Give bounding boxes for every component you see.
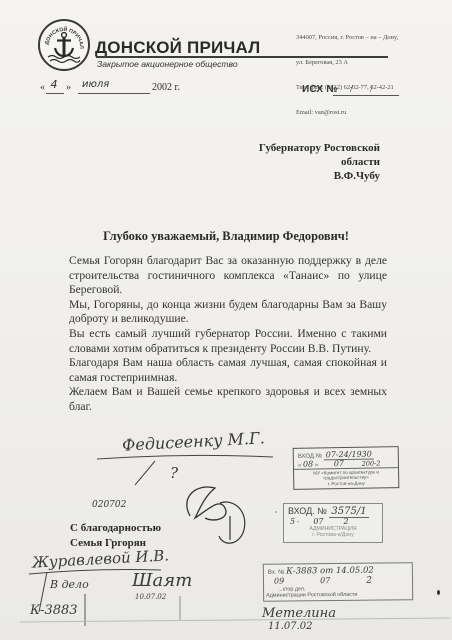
stamp-day: 08 (303, 460, 313, 469)
scan-speck (275, 511, 277, 513)
body-paragraph: Благодаря Вам наша область самая лучшая,… (69, 356, 387, 385)
letter-body: Семья Гогорян благодарит Вас за оказанну… (69, 254, 387, 415)
stamp-year: 200-2 (362, 459, 381, 467)
date-year: 2002 г. (152, 82, 180, 93)
stamp-month: 07 (320, 576, 330, 585)
month-underline (78, 93, 150, 94)
day-underline (46, 93, 64, 94)
addressee-title: Губернатору Ростовской области (226, 141, 380, 169)
date-day: 4 (44, 78, 64, 91)
date-close-quote: » (66, 82, 71, 93)
date-month: июля (82, 79, 109, 90)
anchor-icon: ДОНСКОЙ ПРИЧАЛ (40, 21, 88, 69)
stamp-month: 07 (313, 517, 323, 526)
body-paragraph: Вы есть самый лучший губернатор России. … (69, 327, 387, 356)
ref-slash: / (370, 84, 373, 95)
outgoing-number-line (333, 95, 399, 96)
stamp-org-line: Администрации Ростовской области (266, 592, 412, 600)
ref-slash: / (350, 84, 353, 95)
stamp-label: Вх. № (268, 570, 285, 576)
stamp-day: 5 (290, 517, 295, 526)
incoming-stamp-city-administration: ВХОД. № 3575/1 5 - 07 2 АДМИНИСТРАЦИЯ г.… (283, 503, 383, 543)
signature-scribble (175, 478, 255, 548)
outgoing-number-label: ИСХ № (302, 84, 338, 95)
incoming-stamp-architecture: ВХОД.№ 07-24/1930 « 08 » 07 200-2 МУ «Ко… (293, 446, 400, 490)
company-type: Закрытое акционерное общество (97, 59, 238, 69)
scan-speck (437, 590, 440, 595)
handwritten-executor-date: 11.07.02 (268, 621, 313, 632)
scanned-letter-page: ДОНСКОЙ ПРИЧАЛ ДОНСКОЙ ПРИЧАЛ Закрытое а… (0, 0, 452, 640)
company-logo: ДОНСКОЙ ПРИЧАЛ (38, 19, 90, 71)
addressee-name: В.Ф.Чубу (226, 169, 380, 183)
address-line: ул. Береговая, 23 А (296, 59, 398, 67)
incoming-stamp-regional-administration: Вх. № К-3883 от 14.05.02 09 07 2 ...ктор… (263, 562, 413, 602)
company-name: ДОНСКОЙ ПРИЧАЛ (95, 38, 260, 58)
handwritten-resolution: Федисеенку М.Г. (122, 428, 266, 454)
body-paragraph: Семья Гогорян благодарит Вас за оказанну… (69, 254, 387, 298)
address-line: 344007, Россия, г. Ростов – на – Дону, (296, 34, 398, 42)
stamp-day: 09 (274, 577, 284, 586)
stamp-org-line: г. Ростова-н/Дону (284, 532, 382, 538)
addressee-block: Губернатору Ростовской области В.Ф.Чубу (226, 141, 380, 183)
greeting: Глубоко уважаемый, Владимир Федорович! (0, 229, 452, 244)
handwritten-signature: Шаяm (132, 570, 192, 591)
body-paragraph: Мы, Гогоряны, до конца жизни будем благо… (69, 298, 387, 327)
company-address: 344007, Россия, г. Ростов – на – Дону, у… (296, 17, 398, 135)
stamp-month: 07 (334, 459, 344, 468)
handwritten-executor: Метелина (262, 606, 336, 621)
handwritten-date-note: 020702 (92, 500, 126, 510)
email-line: Email: van@rost.ru (296, 109, 398, 117)
body-paragraph: Желаем Вам и Вашей семье крепкого здоров… (69, 385, 387, 414)
stamp-org-line: г. Ростов-на-Дону (294, 480, 398, 487)
stamp-year: 2 (343, 517, 348, 526)
closing-phrase: С благодарностью (70, 521, 161, 536)
stamp-label: ВХОД. № (288, 506, 327, 516)
stamp-year: 2 (366, 576, 372, 586)
